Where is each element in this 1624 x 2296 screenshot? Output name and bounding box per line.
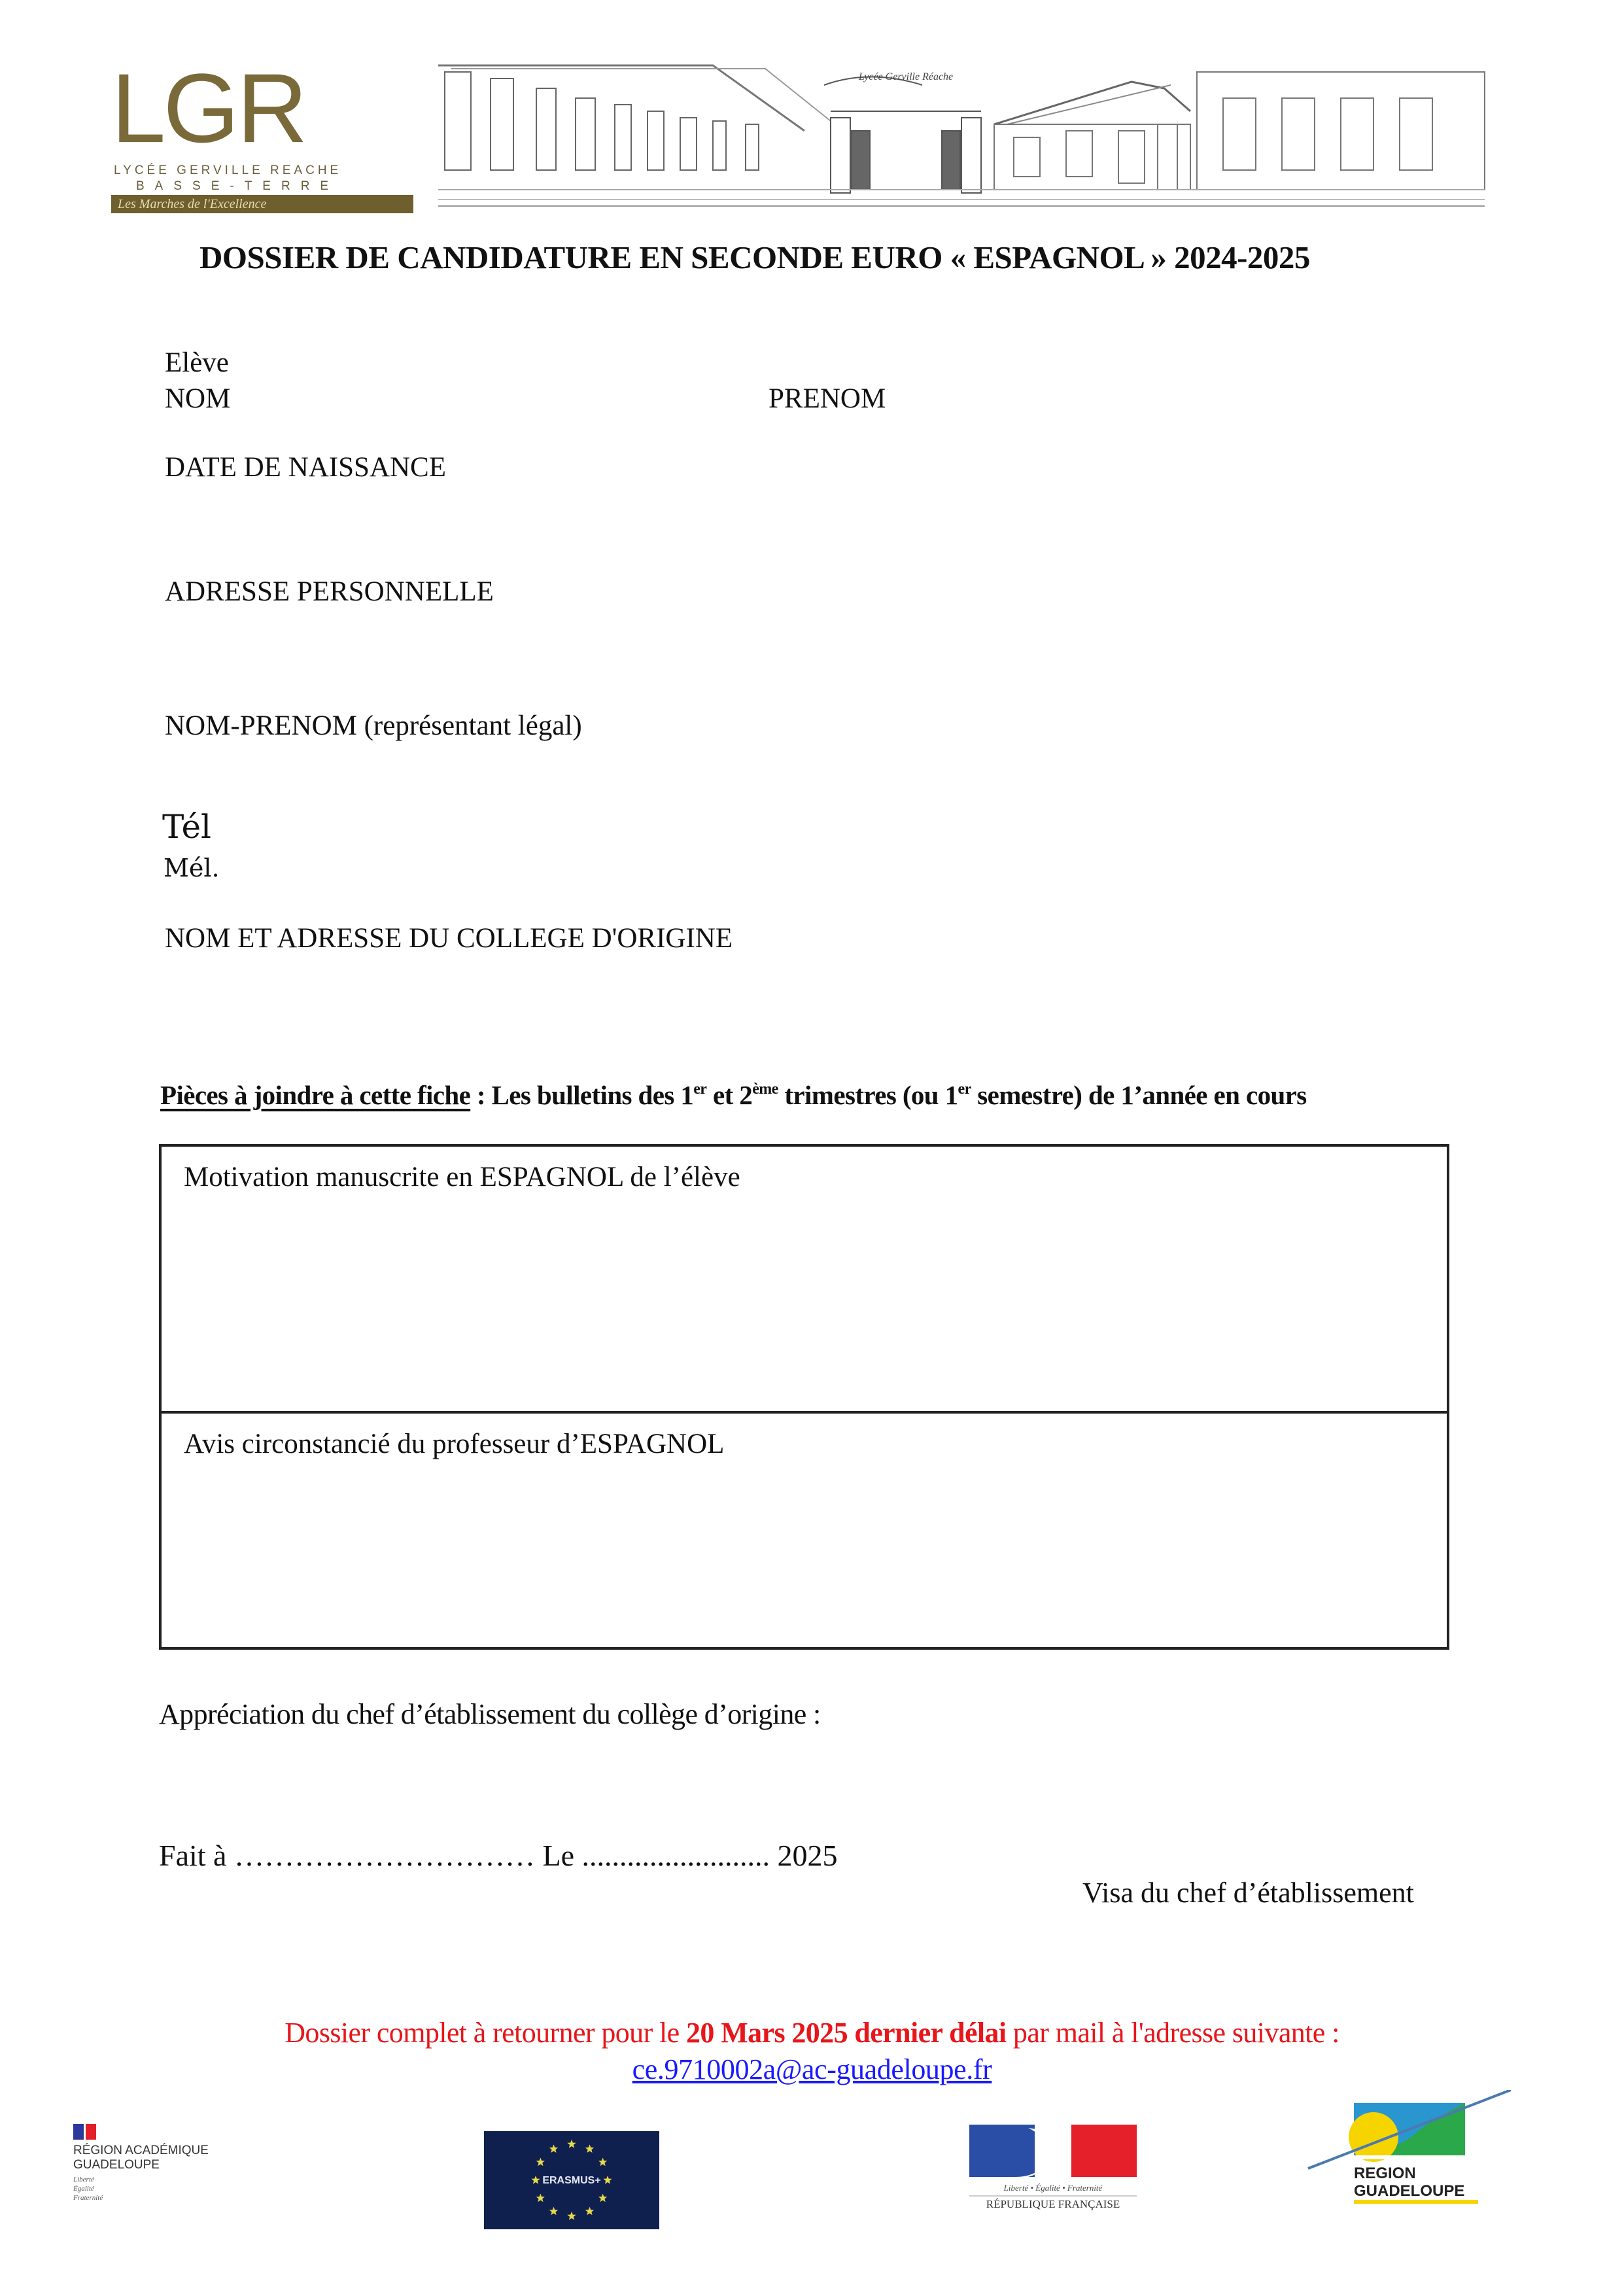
teacher-opinion-label: Avis circonstancié du professeur d’ESPAG… [184, 1429, 724, 1459]
submission-email-link[interactable]: ce.9710002a@ac-guadeloupe.fr [632, 2053, 992, 2085]
region-guadeloupe-logo: REGION GUADELOUPE [1295, 2090, 1530, 2221]
svg-text:Fraternité: Fraternité [73, 2194, 103, 2202]
logo-school-name: LYCÉE GERVILLE REACHE [114, 164, 341, 178]
evaluation-table: Motivation manuscrite en ESPAGNOL de l’é… [159, 1144, 1449, 1650]
phone-field-label: Tél [162, 808, 211, 846]
svg-text:REGION: REGION [1354, 2165, 1416, 2182]
republique-francaise-logo: Liberté • Égalité • Fraternité RÉPUBLIQU… [969, 2115, 1137, 2213]
svg-text:ERASMUS+: ERASMUS+ [542, 2175, 600, 2186]
svg-text:Liberté: Liberté [73, 2176, 95, 2183]
svg-text:RÉGION ACADÉMIQUE: RÉGION ACADÉMIQUE [73, 2144, 209, 2157]
deadline-date: 20 Mars 2025 dernier délai [686, 2017, 1007, 2049]
nom-field-label: NOM [165, 383, 230, 415]
principal-visa-label: Visa du chef d’établissement [1082, 1876, 1414, 1909]
place-date-line: Fait à ………………………… Le ...................… [159, 1838, 838, 1873]
svg-text:Lycée Gerville Réache: Lycée Gerville Réache [858, 71, 953, 82]
attachments-label: Pièces à joindre à cette fiche [160, 1080, 470, 1110]
svg-text:Égalité: Égalité [73, 2185, 95, 2193]
deadline-notice: Dossier complet à retourner pour le 20 M… [0, 2016, 1624, 2049]
svg-text:GUADELOUPE: GUADELOUPE [73, 2158, 160, 2172]
logo-letters: LGR [111, 59, 305, 157]
school-header-banner: LGR LYCÉE GERVILLE REACHE BASSE-TERRE Le… [111, 59, 1491, 209]
school-logo: LGR LYCÉE GERVILLE REACHE BASSE-TERRE Le… [111, 59, 425, 209]
teacher-opinion-cell[interactable]: Avis circonstancié du professeur d’ESPAG… [162, 1414, 1447, 1650]
school-building-illustration: Lycée Gerville Réache [438, 59, 1491, 209]
svg-text:RÉPUBLIQUE FRANÇAISE: RÉPUBLIQUE FRANÇAISE [986, 2198, 1120, 2210]
email-line: ce.9710002a@ac-guadeloupe.fr [0, 2053, 1624, 2086]
logo-city: BASSE-TERRE [136, 179, 339, 194]
attachments-instructions: Pièces à joindre à cette fiche : Les bul… [160, 1079, 1307, 1111]
document-title: DOSSIER DE CANDIDATURE EN SECONDE EURO «… [199, 239, 1481, 276]
email-field-label: Mél. [164, 854, 220, 882]
motivation-cell[interactable]: Motivation manuscrite en ESPAGNOL de l’é… [162, 1147, 1447, 1414]
logo-motto: Les Marches de l'Excellence [111, 195, 413, 213]
motivation-label: Motivation manuscrite en ESPAGNOL de l’é… [184, 1162, 740, 1192]
erasmus-logo: ERASMUS+ [484, 2131, 659, 2229]
principal-appreciation-label: Appréciation du chef d’établissement du … [159, 1697, 821, 1731]
svg-text:Liberté • Égalité • Fraternité: Liberté • Égalité • Fraternité [1003, 2183, 1103, 2193]
student-section-label: Elève [165, 347, 229, 379]
academie-guadeloupe-logo: RÉGION ACADÉMIQUE GUADELOUPE Liberté Éga… [73, 2121, 230, 2206]
svg-text:GUADELOUPE: GUADELOUPE [1354, 2182, 1464, 2200]
prenom-field-label: PRENOM [769, 383, 886, 415]
address-field-label: ADRESSE PERSONNELLE [165, 576, 494, 608]
birthdate-field-label: DATE DE NAISSANCE [165, 451, 446, 483]
guardian-field-label: NOM-PRENOM (représentant légal) [165, 710, 582, 742]
college-field-label: NOM ET ADRESSE DU COLLEGE D'ORIGINE [165, 922, 733, 954]
